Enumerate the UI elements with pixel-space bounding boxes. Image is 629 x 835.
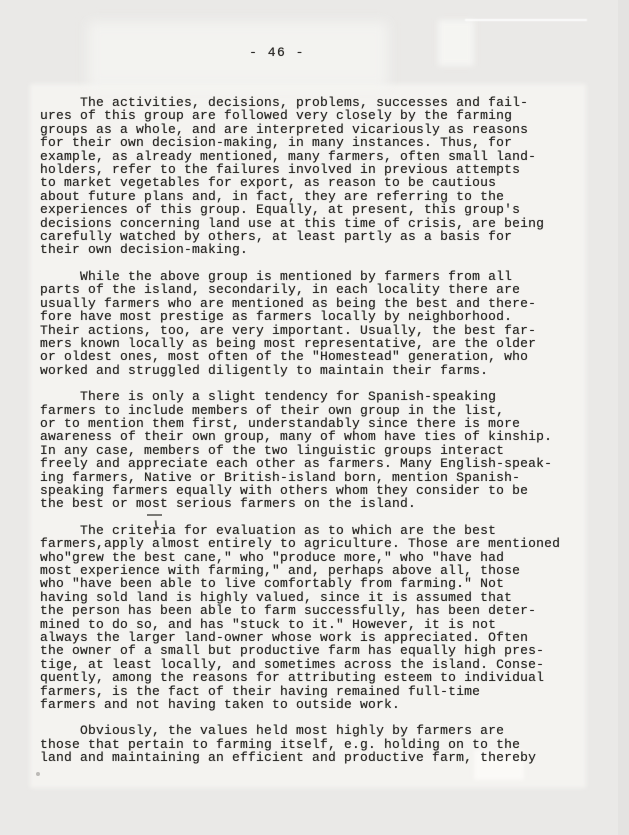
page-text-block: The activities, decisions, problems, suc…: [40, 96, 592, 778]
paragraph-spanish-speaking-tendency: There is only a slight tendency for Span…: [40, 390, 592, 511]
scan-edge-shade: [618, 0, 629, 835]
paragraph-values-held: Obviously, the values held most highly b…: [40, 724, 592, 764]
paragraph-activities-decisions: The activities, decisions, problems, suc…: [40, 96, 592, 257]
page-number: - 46 -: [0, 45, 554, 60]
paragraph-local-best-farmers: While the above group is mentioned by fa…: [40, 270, 592, 377]
scan-artifact-line: [465, 19, 587, 21]
paragraph-evaluation-criteria: The criteria for evaluation as to which …: [40, 524, 592, 712]
scanned-document-page: - 46 - The activities, decisions, proble…: [0, 0, 629, 835]
